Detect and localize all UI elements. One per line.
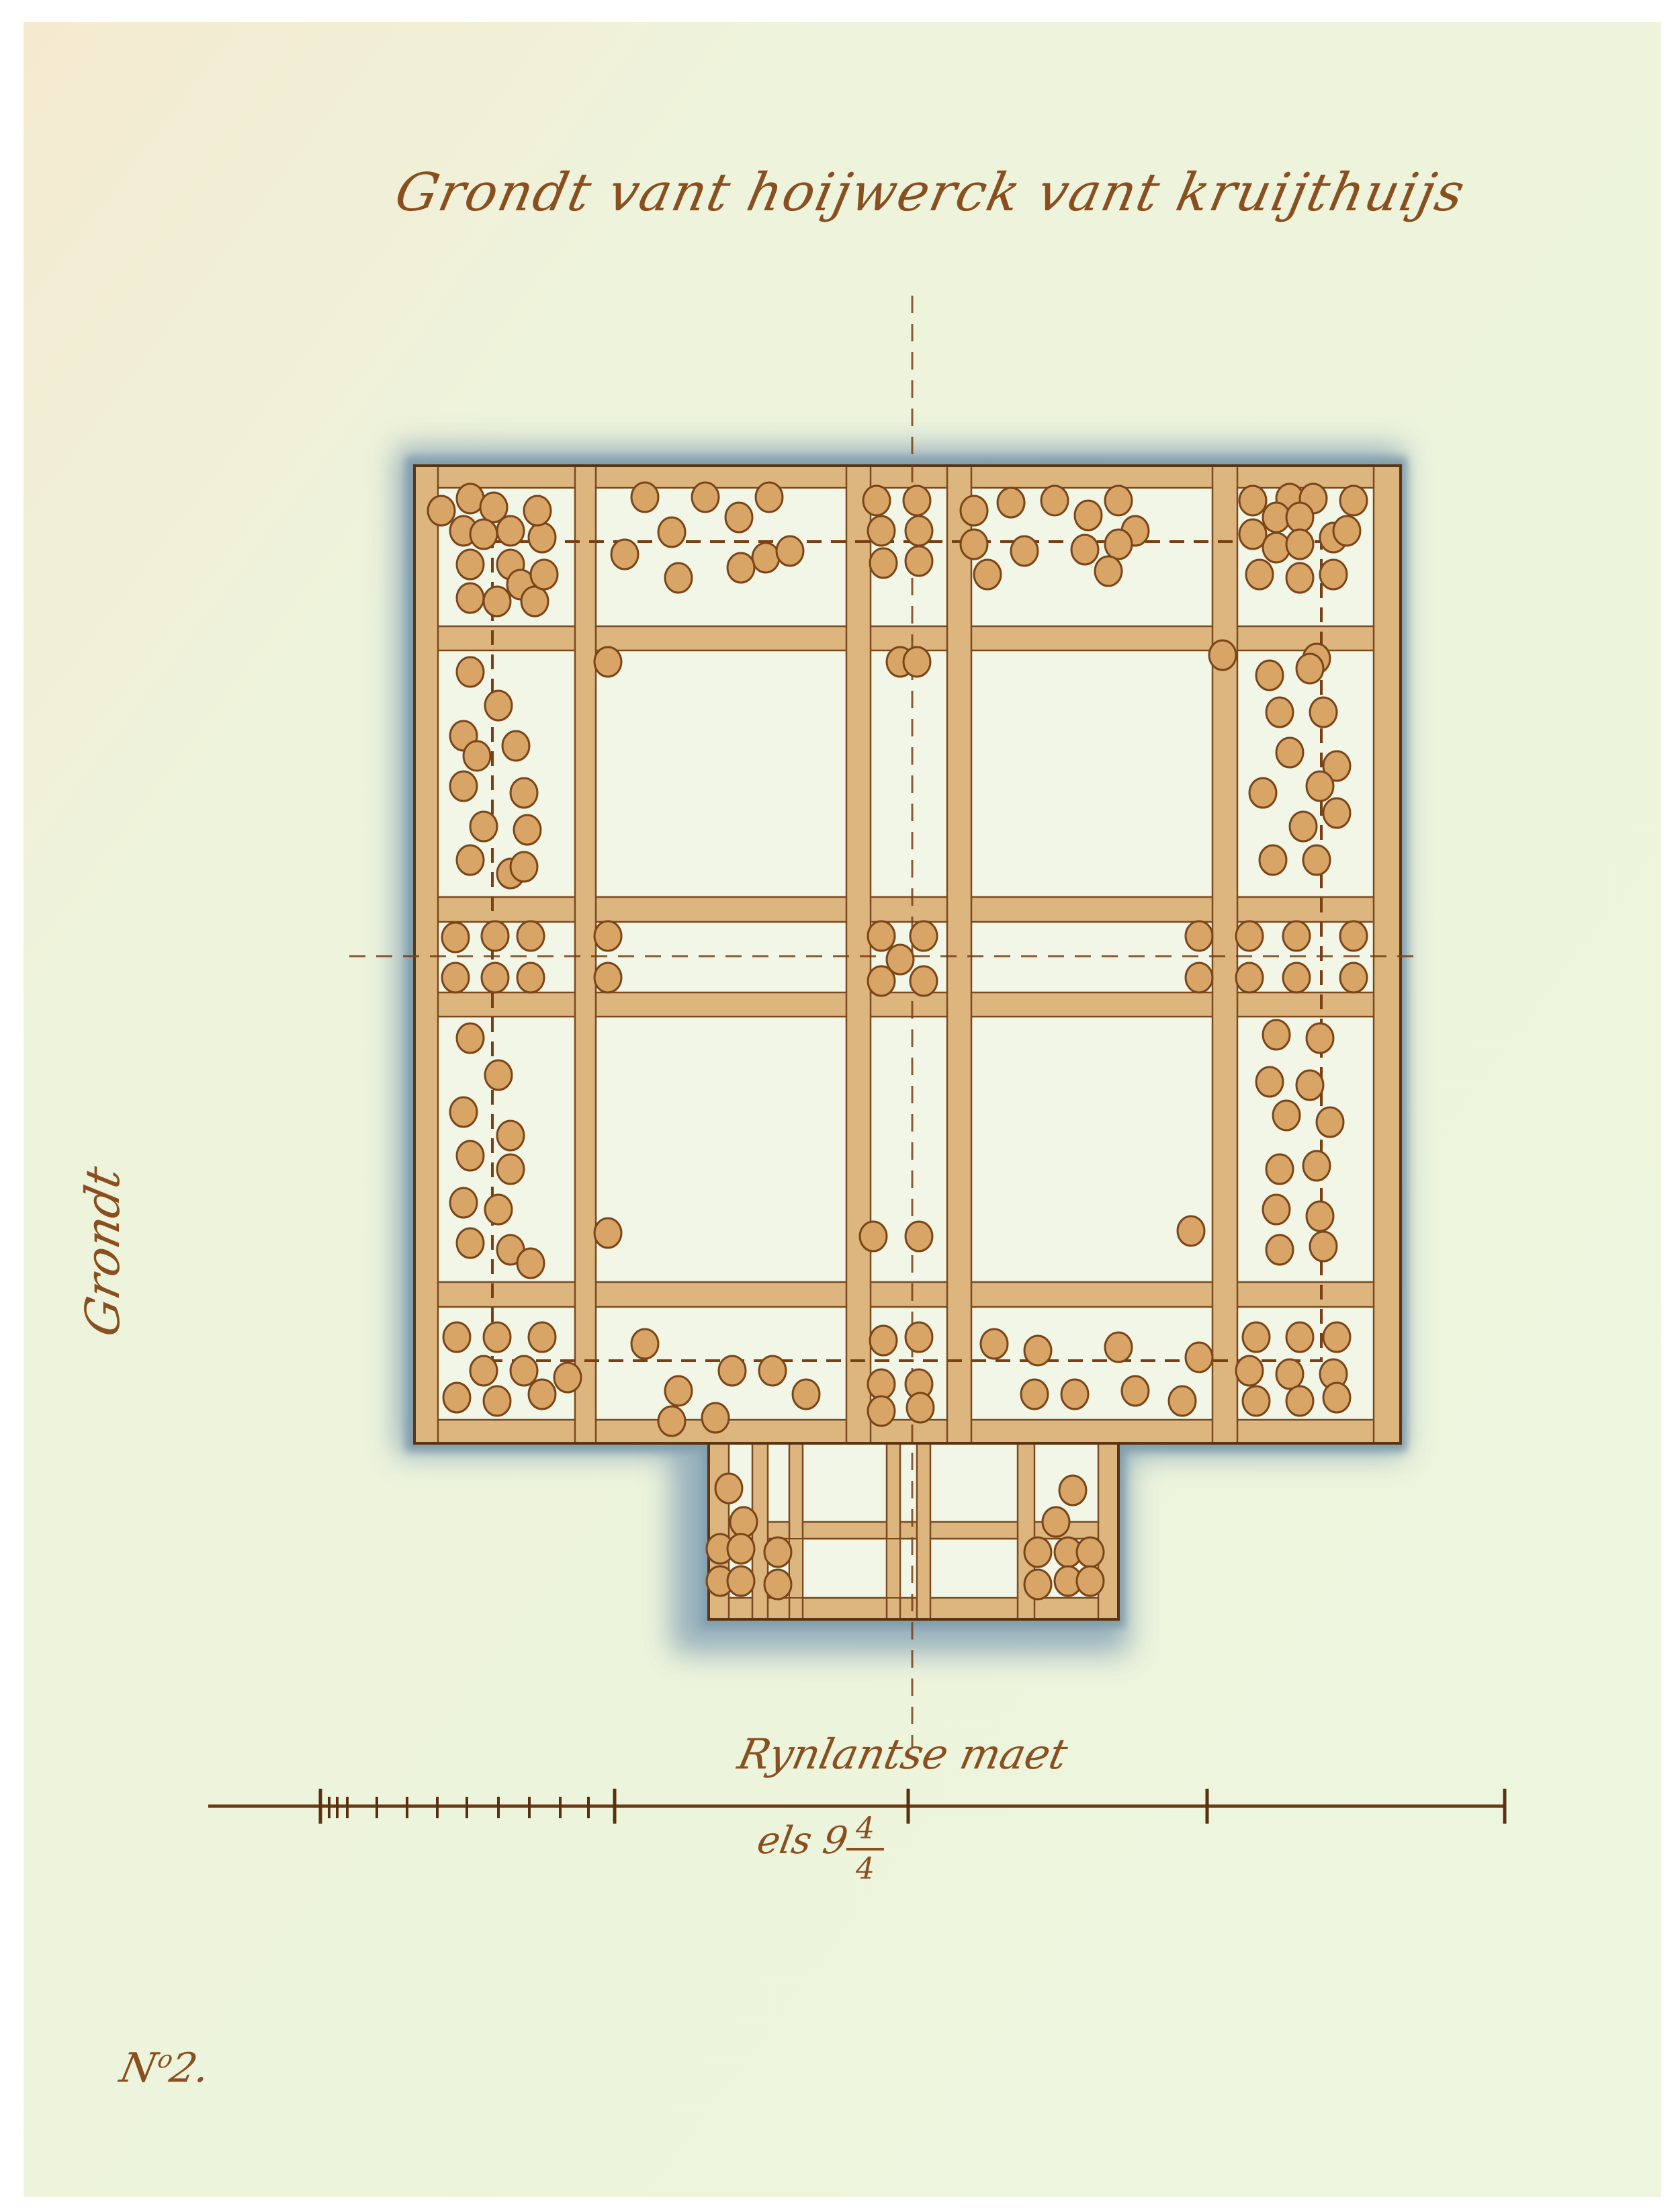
- pile-circle: [1249, 778, 1276, 808]
- pile-circle: [998, 488, 1024, 517]
- pile-circle: [1303, 1151, 1330, 1181]
- annex-vertical-beam: [1098, 1443, 1118, 1619]
- horizontal-beam: [414, 897, 1401, 922]
- horizontal-beam: [414, 1282, 1401, 1307]
- pile-circle: [868, 1396, 895, 1426]
- pile-circle: [1263, 1195, 1290, 1224]
- pile-circle: [868, 966, 895, 996]
- pile-circle: [482, 921, 509, 951]
- pile-circle: [1236, 1356, 1263, 1386]
- annex-horizontal-beam: [709, 1598, 1118, 1619]
- pile-circle: [906, 1222, 932, 1251]
- pile-circle: [1043, 1507, 1069, 1537]
- pile-circle: [428, 496, 455, 525]
- pile-circle: [511, 852, 537, 882]
- pile-circle: [497, 1154, 524, 1184]
- vertical-beam: [414, 466, 438, 1443]
- pile-circle: [906, 546, 932, 576]
- vertical-beam: [846, 466, 871, 1443]
- manuscript-sheet: [0, 0, 1678, 2212]
- pile-circle: [450, 1097, 477, 1127]
- pile-circle: [457, 657, 484, 687]
- pile-circle: [1256, 661, 1283, 690]
- pile-circle: [457, 845, 484, 875]
- pile-circle: [511, 1356, 537, 1386]
- pile-circle: [658, 517, 685, 547]
- pile-circle: [1256, 1067, 1283, 1097]
- pile-circle: [497, 1121, 524, 1150]
- pile-circle: [1105, 529, 1132, 559]
- pile-circle: [1071, 535, 1098, 564]
- pile-circle: [611, 540, 638, 569]
- pile-circle: [764, 1570, 791, 1599]
- pile-circle: [502, 731, 529, 761]
- pile-circle: [961, 529, 987, 559]
- pile-circle: [1323, 1383, 1350, 1412]
- pile-circle: [759, 1356, 786, 1386]
- pile-circle: [1286, 529, 1313, 559]
- pile-circle: [1307, 771, 1333, 801]
- pile-circle: [981, 1329, 1008, 1359]
- pile-circle: [1239, 486, 1266, 515]
- pile-circle: [1310, 1232, 1337, 1261]
- pile-circle: [1260, 845, 1286, 875]
- pile-circle: [517, 921, 544, 951]
- pile-circle: [529, 1322, 556, 1352]
- pile-circle: [1122, 1376, 1149, 1406]
- pile-circle: [1286, 563, 1313, 593]
- pile-circle: [1286, 1322, 1313, 1352]
- pile-circle: [443, 1383, 470, 1412]
- pile-circle: [1283, 921, 1310, 951]
- pile-circle: [906, 1322, 932, 1352]
- pile-circle: [1246, 560, 1273, 589]
- pile-circle: [906, 516, 932, 546]
- pile-circle: [470, 1356, 497, 1386]
- pile-circle: [1209, 640, 1236, 670]
- pile-circle: [692, 482, 719, 512]
- pile-circle: [1340, 921, 1367, 951]
- vertical-beam: [1374, 466, 1401, 1443]
- pile-circle: [1296, 1070, 1323, 1100]
- pile-circle: [961, 496, 987, 525]
- pile-circle: [1310, 697, 1337, 727]
- pile-circle: [554, 1363, 581, 1392]
- pile-circle: [1273, 1101, 1300, 1130]
- pile-circle: [594, 963, 621, 992]
- vertical-beam: [1212, 466, 1237, 1443]
- pile-circle: [1059, 1476, 1086, 1505]
- pile-circle: [1024, 1336, 1051, 1365]
- pile-circle: [450, 1188, 477, 1218]
- pile-circle: [457, 1228, 484, 1258]
- pile-circle: [870, 548, 897, 578]
- pile-circle: [524, 496, 551, 525]
- pile-circle: [1307, 1023, 1333, 1053]
- pile-circle: [752, 543, 779, 572]
- pile-circle: [1186, 1343, 1212, 1372]
- pile-circle: [463, 741, 490, 771]
- pile-circle: [1186, 963, 1212, 992]
- pile-circle: [727, 1534, 754, 1564]
- pile-circle: [1263, 1020, 1290, 1050]
- pile-circle: [1286, 503, 1313, 532]
- pile-circle: [517, 963, 544, 992]
- pile-circle: [910, 921, 937, 951]
- pile-circle: [1077, 1566, 1104, 1596]
- pile-circle: [1290, 812, 1317, 841]
- pile-circle: [1340, 963, 1367, 992]
- pile-circle: [870, 1326, 897, 1355]
- pile-circle: [1169, 1386, 1196, 1416]
- pile-circle: [1333, 516, 1360, 546]
- pile-circle: [511, 778, 537, 808]
- pile-circle: [529, 523, 556, 552]
- pile-circle: [910, 966, 937, 996]
- pile-circle: [1296, 654, 1323, 683]
- pile-circle: [1243, 1386, 1270, 1416]
- pile-circle: [1266, 1235, 1293, 1265]
- pile-circle: [442, 963, 469, 992]
- pile-circle: [1307, 1201, 1333, 1231]
- pile-circle: [594, 921, 621, 951]
- pile-circle: [470, 812, 497, 841]
- pile-circle: [442, 923, 469, 952]
- pile-circle: [1340, 486, 1367, 515]
- pile-circle: [907, 1393, 934, 1422]
- pile-circle: [1077, 1537, 1104, 1567]
- pile-circle: [517, 1248, 544, 1278]
- vertical-beam: [575, 466, 596, 1443]
- pile-circle: [594, 1218, 621, 1248]
- pile-circle: [1024, 1570, 1051, 1599]
- pile-circle: [529, 1379, 556, 1409]
- pile-circle: [457, 1141, 484, 1171]
- pile-circle: [482, 963, 509, 992]
- pile-circle: [1186, 921, 1212, 951]
- pile-circle: [1323, 798, 1350, 828]
- pile-circle: [457, 583, 484, 613]
- pile-circle: [1075, 501, 1102, 530]
- pile-circle: [631, 1329, 658, 1359]
- horizontal-beam: [414, 1420, 1401, 1443]
- horizontal-beam: [414, 626, 1401, 650]
- pile-circle: [1320, 560, 1347, 589]
- pile-circle: [457, 550, 484, 579]
- pile-circle: [514, 815, 541, 845]
- horizontal-beam: [414, 466, 1401, 488]
- pile-circle: [485, 1060, 512, 1090]
- pile-circle: [631, 482, 658, 512]
- pile-circle: [702, 1403, 729, 1433]
- horizontal-beam: [414, 992, 1401, 1017]
- pile-circle: [1286, 1386, 1313, 1416]
- pile-circle: [457, 1023, 484, 1053]
- pile-circle: [793, 1379, 820, 1409]
- pile-circle: [1024, 1537, 1051, 1567]
- pile-circle: [727, 553, 754, 583]
- pile-circle: [719, 1356, 746, 1386]
- pile-circle: [484, 1386, 511, 1416]
- pile-circle: [756, 482, 783, 512]
- pile-circle: [903, 647, 930, 677]
- pile-circle: [730, 1507, 757, 1537]
- pile-circle: [1236, 963, 1263, 992]
- pile-circle: [764, 1537, 791, 1567]
- pile-circle: [974, 560, 1001, 589]
- pile-circle: [521, 587, 548, 616]
- pile-circle: [1303, 845, 1330, 875]
- pile-circle: [485, 691, 512, 720]
- pile-circle: [443, 1322, 470, 1352]
- pile-circle: [727, 1566, 754, 1596]
- pile-circle: [1276, 738, 1303, 767]
- pile-circle: [1178, 1216, 1204, 1246]
- pile-circle: [903, 486, 930, 515]
- pile-circle: [777, 536, 803, 566]
- pile-circle: [1243, 1322, 1270, 1352]
- annex-vertical-beam: [917, 1443, 930, 1619]
- pile-circle: [1323, 1322, 1350, 1352]
- annex-center-opening: [803, 1539, 887, 1598]
- pile-circle: [715, 1474, 742, 1503]
- pile-circle: [531, 560, 558, 589]
- pile-circle: [484, 1322, 511, 1352]
- pile-circle: [1041, 486, 1068, 515]
- pile-circle: [1317, 1107, 1343, 1137]
- pile-circle: [484, 587, 511, 616]
- pile-circle: [594, 647, 621, 677]
- pile-circle: [1276, 1359, 1303, 1389]
- pile-circle: [1105, 486, 1132, 515]
- pile-circle: [450, 771, 477, 801]
- pile-circle: [725, 503, 752, 532]
- pile-circle: [868, 516, 895, 546]
- pile-circle: [1061, 1379, 1088, 1409]
- pile-circle: [1105, 1332, 1132, 1362]
- pile-circle: [1011, 536, 1038, 566]
- pile-circle: [868, 1369, 895, 1399]
- pile-circle: [860, 1222, 887, 1251]
- pile-circle: [868, 921, 895, 951]
- pile-circle: [863, 486, 890, 515]
- pile-circle: [1266, 1154, 1293, 1184]
- pile-circle: [1021, 1379, 1048, 1409]
- pile-circle: [470, 519, 497, 549]
- pile-circle: [485, 1195, 512, 1224]
- pile-circle: [1236, 921, 1263, 951]
- annex-post: [887, 1539, 900, 1598]
- pile-circle: [497, 516, 524, 546]
- pile-circle: [658, 1406, 685, 1436]
- vertical-beam: [947, 466, 971, 1443]
- pile-circle: [665, 1376, 692, 1406]
- pile-circle: [1266, 697, 1293, 727]
- pile-circle: [665, 563, 692, 593]
- pile-circle: [1095, 556, 1122, 586]
- pile-circle: [1283, 963, 1310, 992]
